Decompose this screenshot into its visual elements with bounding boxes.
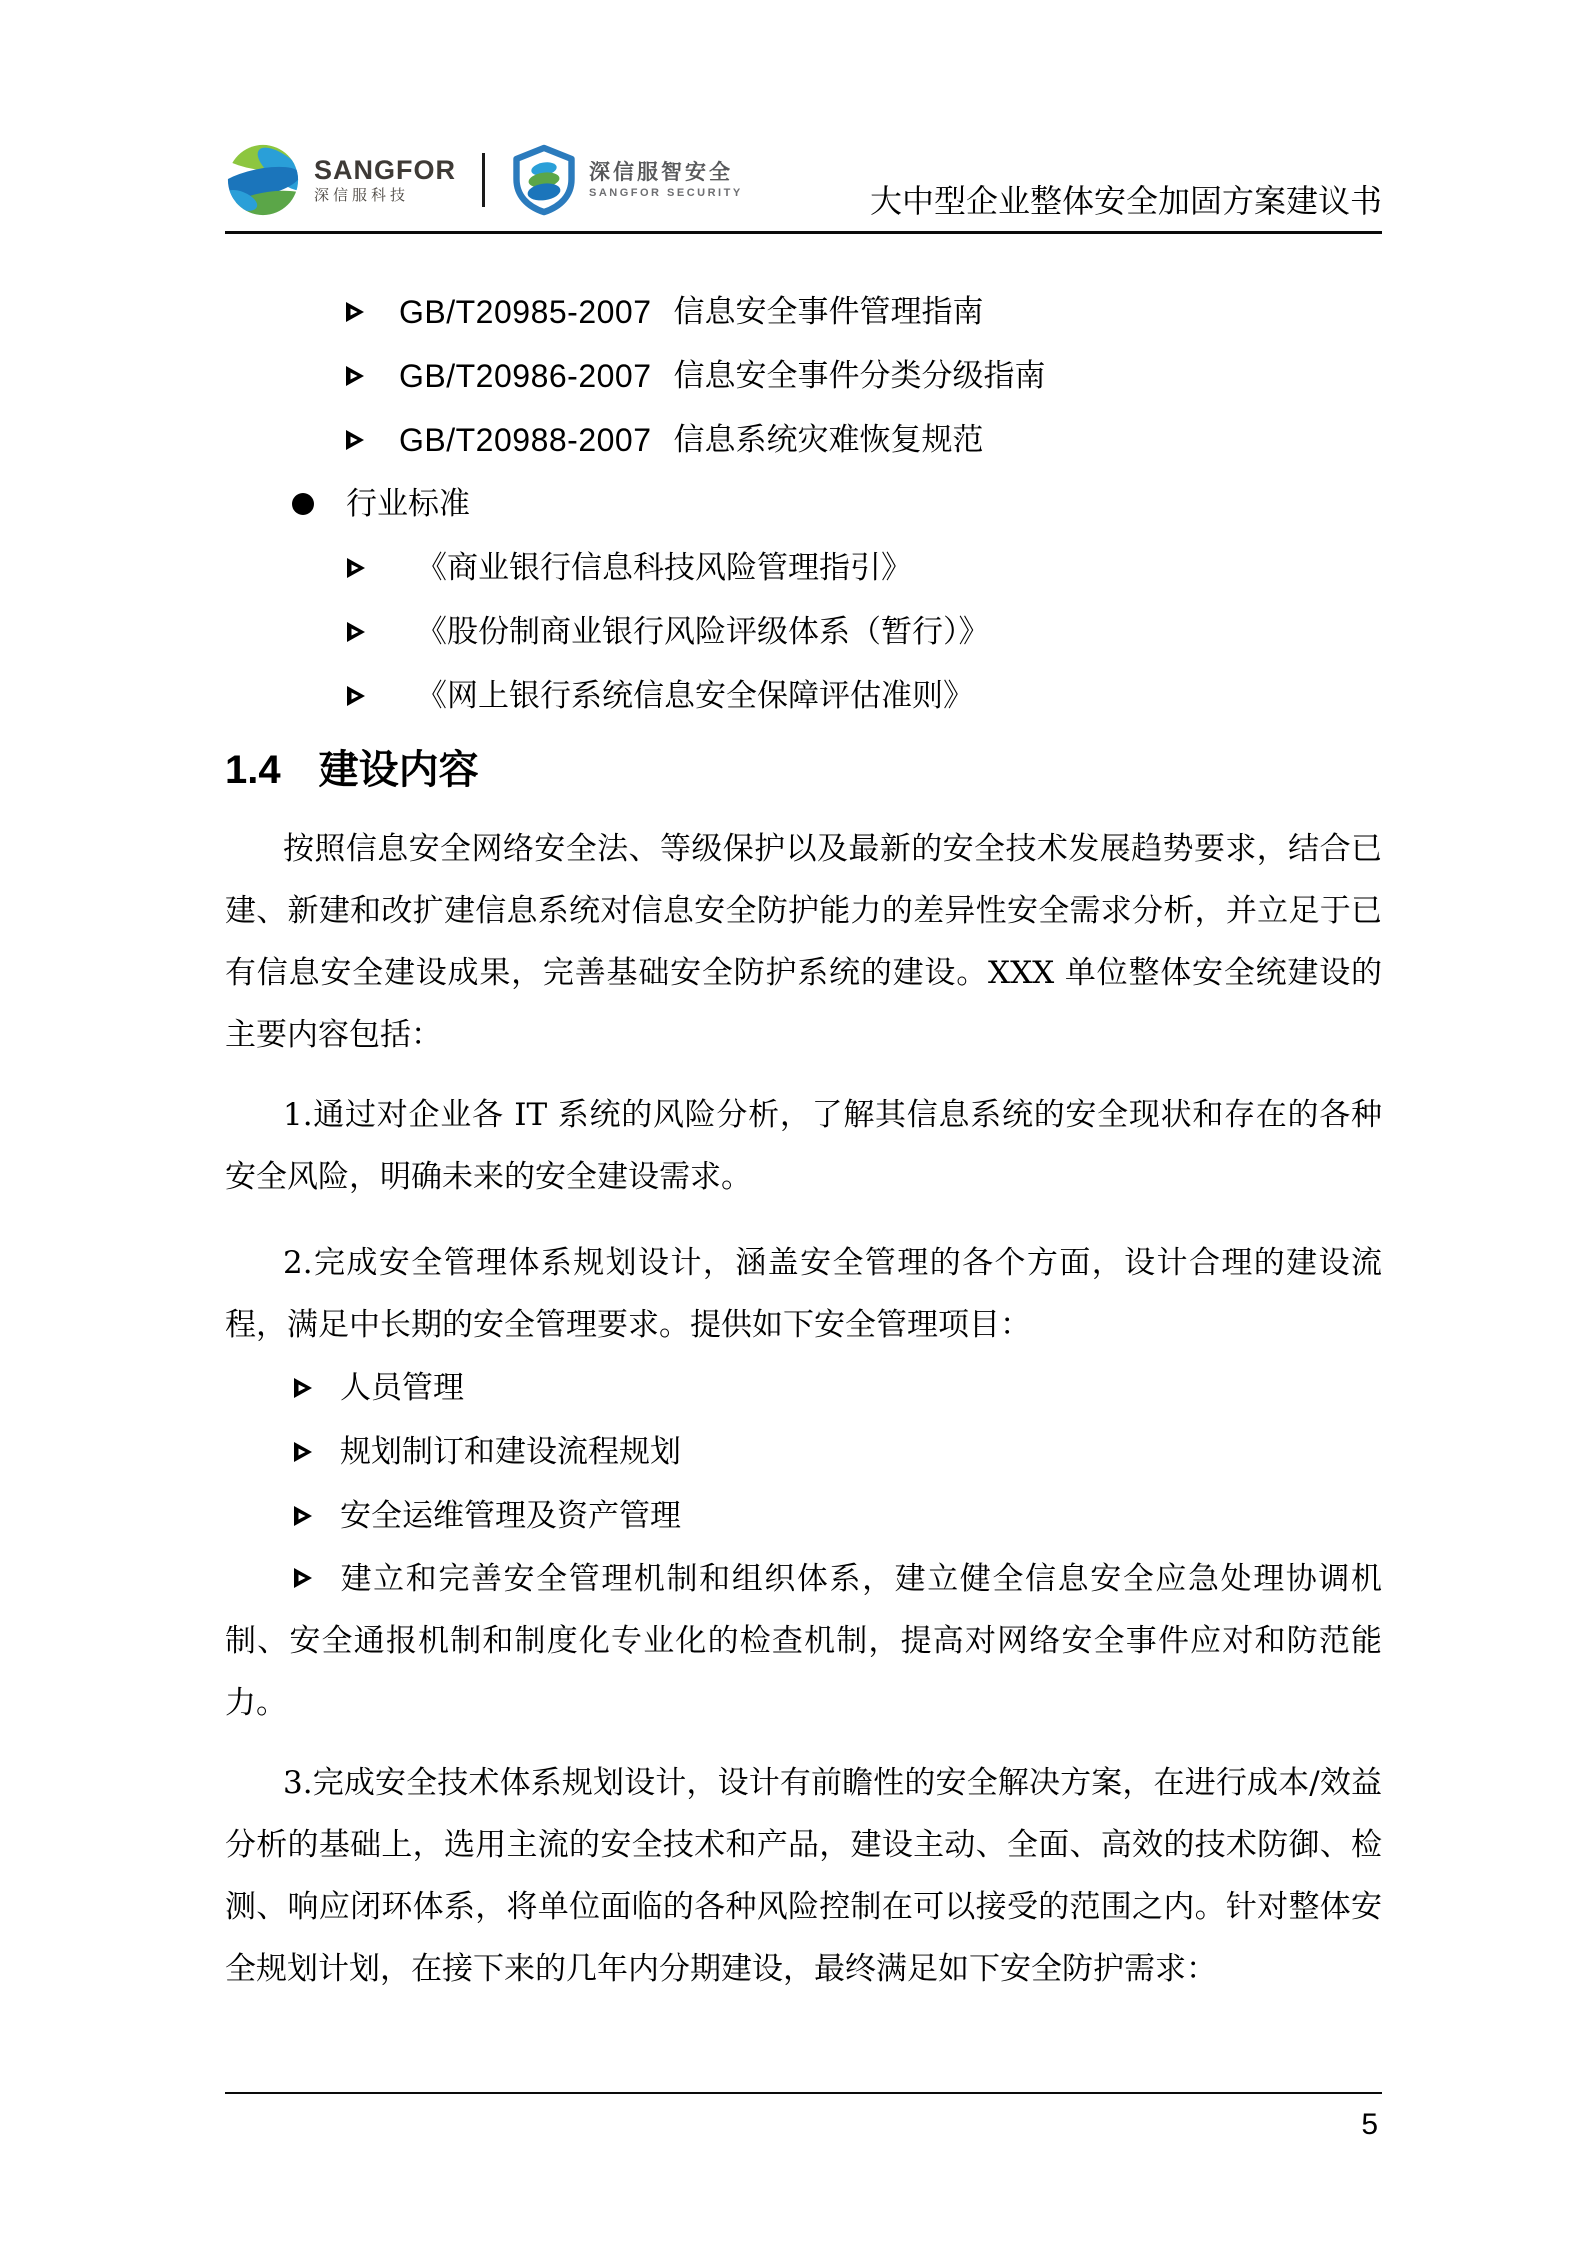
industry-standard-name: 《网上银行系统信息安全保障评估准则》 bbox=[416, 665, 974, 727]
arrow-bullet-icon bbox=[293, 1567, 313, 1589]
document-body: GB/T20985-2007 信息安全事件管理指南 GB/T20986-2007… bbox=[225, 280, 1382, 2000]
globe-logo-icon bbox=[225, 142, 301, 218]
document-title: 大中型企业整体安全加固方案建议书 bbox=[870, 181, 1382, 221]
arrow-bullet-icon bbox=[345, 429, 365, 451]
paragraph-intro: 按照信息安全网络安全法、等级保护以及最新的安全技术发展趋势要求，结合已建、新建和… bbox=[225, 818, 1382, 1066]
page-number: 5 bbox=[225, 2108, 1382, 2142]
list-item: GB/T20985-2007 信息安全事件管理指南 bbox=[225, 280, 1382, 344]
arrow-bullet-icon bbox=[346, 685, 366, 707]
page-header: SANGFOR 深信服科技 深信服智安全 SANGFOR SECURITY 大中… bbox=[225, 138, 1382, 234]
section-title: 建设内容 bbox=[319, 747, 479, 793]
standard-code: GB/T20988-2007 bbox=[399, 409, 652, 471]
logo-divider bbox=[482, 153, 485, 207]
security-subtitle-en: SANGFOR SECURITY bbox=[589, 185, 743, 201]
standard-name: 信息安全事件分类分级指南 bbox=[674, 345, 1046, 407]
section-number: 1.4 bbox=[225, 748, 281, 792]
arrow-bullet-icon bbox=[346, 621, 366, 643]
arrow-bullet-icon bbox=[293, 1505, 313, 1527]
brand-subtitle-cn: 深信服科技 bbox=[314, 185, 456, 205]
security-title-cn: 深信服智安全 bbox=[589, 159, 743, 185]
paragraph-item-3: 3.完成安全技术体系规划设计，设计有前瞻性的安全解决方案，在进行成本/效益分析的… bbox=[225, 1752, 1382, 2000]
list-item: 《股份制商业银行风险评级体系（暂行）》 bbox=[225, 600, 1382, 664]
standard-name: 信息系统灾难恢复规范 bbox=[674, 409, 984, 471]
arrow-bullet-icon bbox=[293, 1441, 313, 1463]
management-item: 建立和完善安全管理机制和组织体系，建立健全信息安全应急处理协调机制、安全通报机制… bbox=[225, 1561, 1382, 1721]
list-item: 安全运维管理及资产管理 bbox=[225, 1484, 1382, 1548]
list-item: GB/T20986-2007 信息安全事件分类分级指南 bbox=[225, 344, 1382, 408]
list-item: 行业标准 bbox=[225, 472, 1382, 536]
standard-code: GB/T20986-2007 bbox=[399, 345, 652, 407]
list-item: 《网上银行系统信息安全保障评估准则》 bbox=[225, 664, 1382, 728]
management-item: 安全运维管理及资产管理 bbox=[340, 1485, 681, 1547]
industry-standards-label: 行业标准 bbox=[346, 473, 470, 535]
list-item: 建立和完善安全管理机制和组织体系，建立健全信息安全应急处理协调机制、安全通报机制… bbox=[225, 1548, 1382, 1734]
arrow-bullet-icon bbox=[293, 1377, 313, 1399]
section-heading: 1.4建设内容 bbox=[225, 746, 1382, 794]
list-item: 规划制订和建设流程规划 bbox=[225, 1420, 1382, 1484]
page-footer: 5 bbox=[225, 2092, 1382, 2142]
brand-logos: SANGFOR 深信服科技 深信服智安全 SANGFOR SECURITY bbox=[225, 142, 743, 218]
security-brand-text: 深信服智安全 SANGFOR SECURITY bbox=[589, 159, 743, 201]
standard-name: 信息安全事件管理指南 bbox=[674, 281, 984, 343]
management-item: 规划制订和建设流程规划 bbox=[340, 1421, 681, 1483]
standard-code: GB/T20985-2007 bbox=[399, 281, 652, 343]
management-item: 人员管理 bbox=[340, 1357, 464, 1419]
list-item: GB/T20988-2007 信息系统灾难恢复规范 bbox=[225, 408, 1382, 472]
industry-standard-name: 《股份制商业银行风险评级体系（暂行）》 bbox=[416, 601, 990, 663]
list-item: 人员管理 bbox=[225, 1356, 1382, 1420]
list-item: 《商业银行信息科技风险管理指引》 bbox=[225, 536, 1382, 600]
industry-standard-name: 《商业银行信息科技风险管理指引》 bbox=[416, 537, 912, 599]
dot-bullet-icon bbox=[292, 493, 314, 515]
brand-name: SANGFOR bbox=[314, 155, 456, 185]
paragraph-item-1: 1.通过对企业各 IT 系统的风险分析，了解其信息系统的安全现状和存在的各种安全… bbox=[225, 1084, 1382, 1208]
arrow-bullet-icon bbox=[345, 365, 365, 387]
paragraph-item-2: 2.完成安全管理体系规划设计，涵盖安全管理的各个方面，设计合理的建设流程，满足中… bbox=[225, 1232, 1382, 1356]
document-page: SANGFOR 深信服科技 深信服智安全 SANGFOR SECURITY 大中… bbox=[0, 0, 1587, 2245]
arrow-bullet-icon bbox=[345, 301, 365, 323]
brand-text: SANGFOR 深信服科技 bbox=[314, 155, 456, 205]
shield-logo-icon bbox=[511, 144, 577, 216]
arrow-bullet-icon bbox=[346, 557, 366, 579]
